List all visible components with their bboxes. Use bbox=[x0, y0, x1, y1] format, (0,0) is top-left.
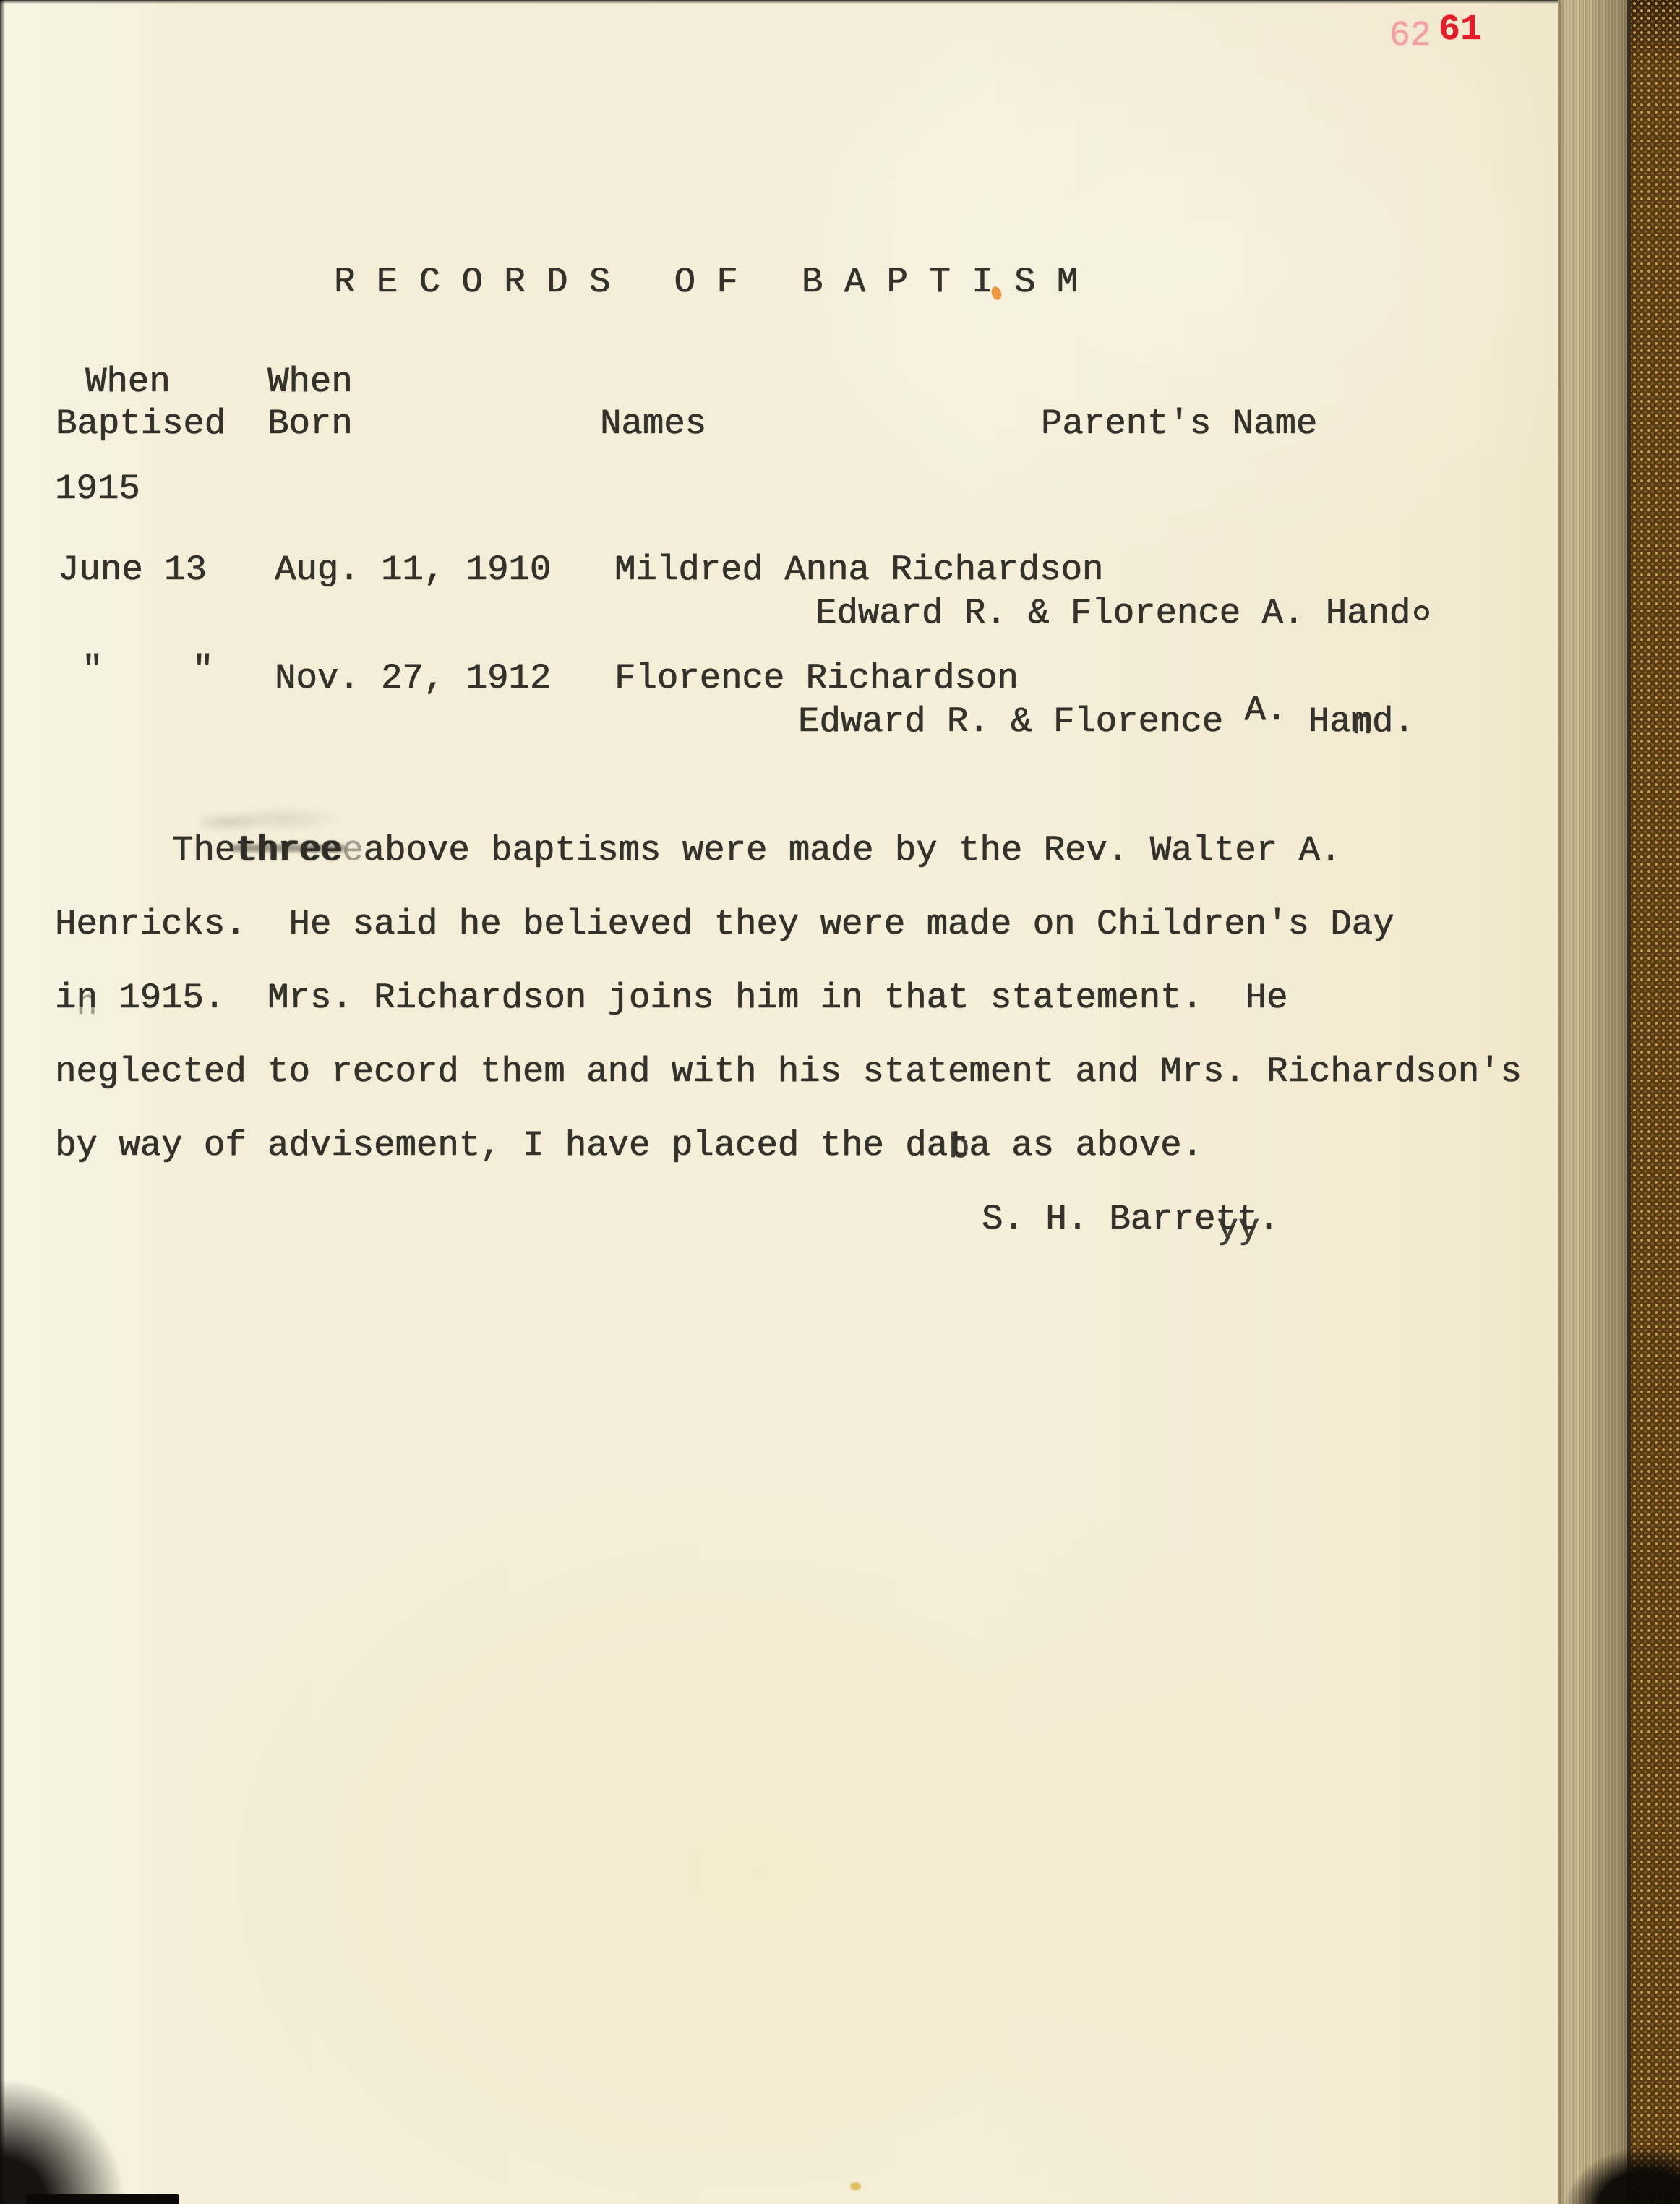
page-number-ghost: 62 bbox=[1389, 16, 1431, 56]
note-line-1: Thethreeeabove baptisms were made by the… bbox=[172, 830, 1341, 871]
header-when-baptised-line2: Baptised bbox=[56, 403, 226, 444]
book-fore-edge-page-stack bbox=[1558, 0, 1627, 2204]
row2-ditto-mark-1: " bbox=[82, 649, 103, 690]
scan-top-edge-shadow bbox=[0, 0, 1680, 4]
header-parents-name: Parent's Name bbox=[1041, 403, 1317, 444]
header-names: Names bbox=[600, 403, 706, 444]
row1-when-baptised: June 13 bbox=[58, 550, 207, 590]
page-title: R E C O R D S O F B A P T I S M bbox=[334, 262, 1078, 302]
row2-when-born: Nov. 27, 1912 bbox=[275, 658, 551, 699]
bottom-left-corner-shadow bbox=[0, 2081, 137, 2204]
header-when-born-line1: When bbox=[267, 362, 353, 402]
header-when-born-line2: Born bbox=[267, 403, 353, 444]
row1-parents-name: Edward R. & Florence A. Hand. bbox=[815, 593, 1432, 633]
scanned-baptism-record-page: 62 61 R E C O R D S O F B A P T I S M Wh… bbox=[0, 0, 1680, 2204]
row2-name: Florence Richardson bbox=[614, 658, 1019, 699]
note-line-5: by way of advisement, I have placed the … bbox=[55, 1125, 1203, 1166]
page-number: 61 bbox=[1439, 10, 1482, 51]
scan-left-edge-shadow bbox=[0, 0, 5, 2204]
bottom-right-corner-shadow bbox=[1533, 2117, 1680, 2204]
row1-when-born: Aug. 11, 1910 bbox=[275, 550, 551, 590]
signature: S. H. Barrettyy. bbox=[982, 1199, 1280, 1239]
row2-ditto-mark-2: " bbox=[192, 649, 213, 690]
bottom-edge-dark-bar bbox=[26, 2194, 179, 2204]
year-label: 1915 bbox=[55, 469, 140, 509]
paper-stain-fleck bbox=[850, 2182, 861, 2190]
note-line-2: Henricks. He said he believed they were … bbox=[55, 904, 1394, 944]
row1-name: Mildred Anna Richardson bbox=[614, 550, 1103, 590]
note-line-4: neglected to record them and with his st… bbox=[55, 1051, 1522, 1092]
row2-parents-name: Edward R. & Florence A. Hamnd. bbox=[798, 701, 1415, 742]
note-line-3: in 1915. Mrs. Richardson joins him in th… bbox=[55, 978, 1287, 1018]
book-cloth-binding bbox=[1631, 0, 1680, 2204]
header-when-baptised-line1: When bbox=[85, 362, 171, 402]
